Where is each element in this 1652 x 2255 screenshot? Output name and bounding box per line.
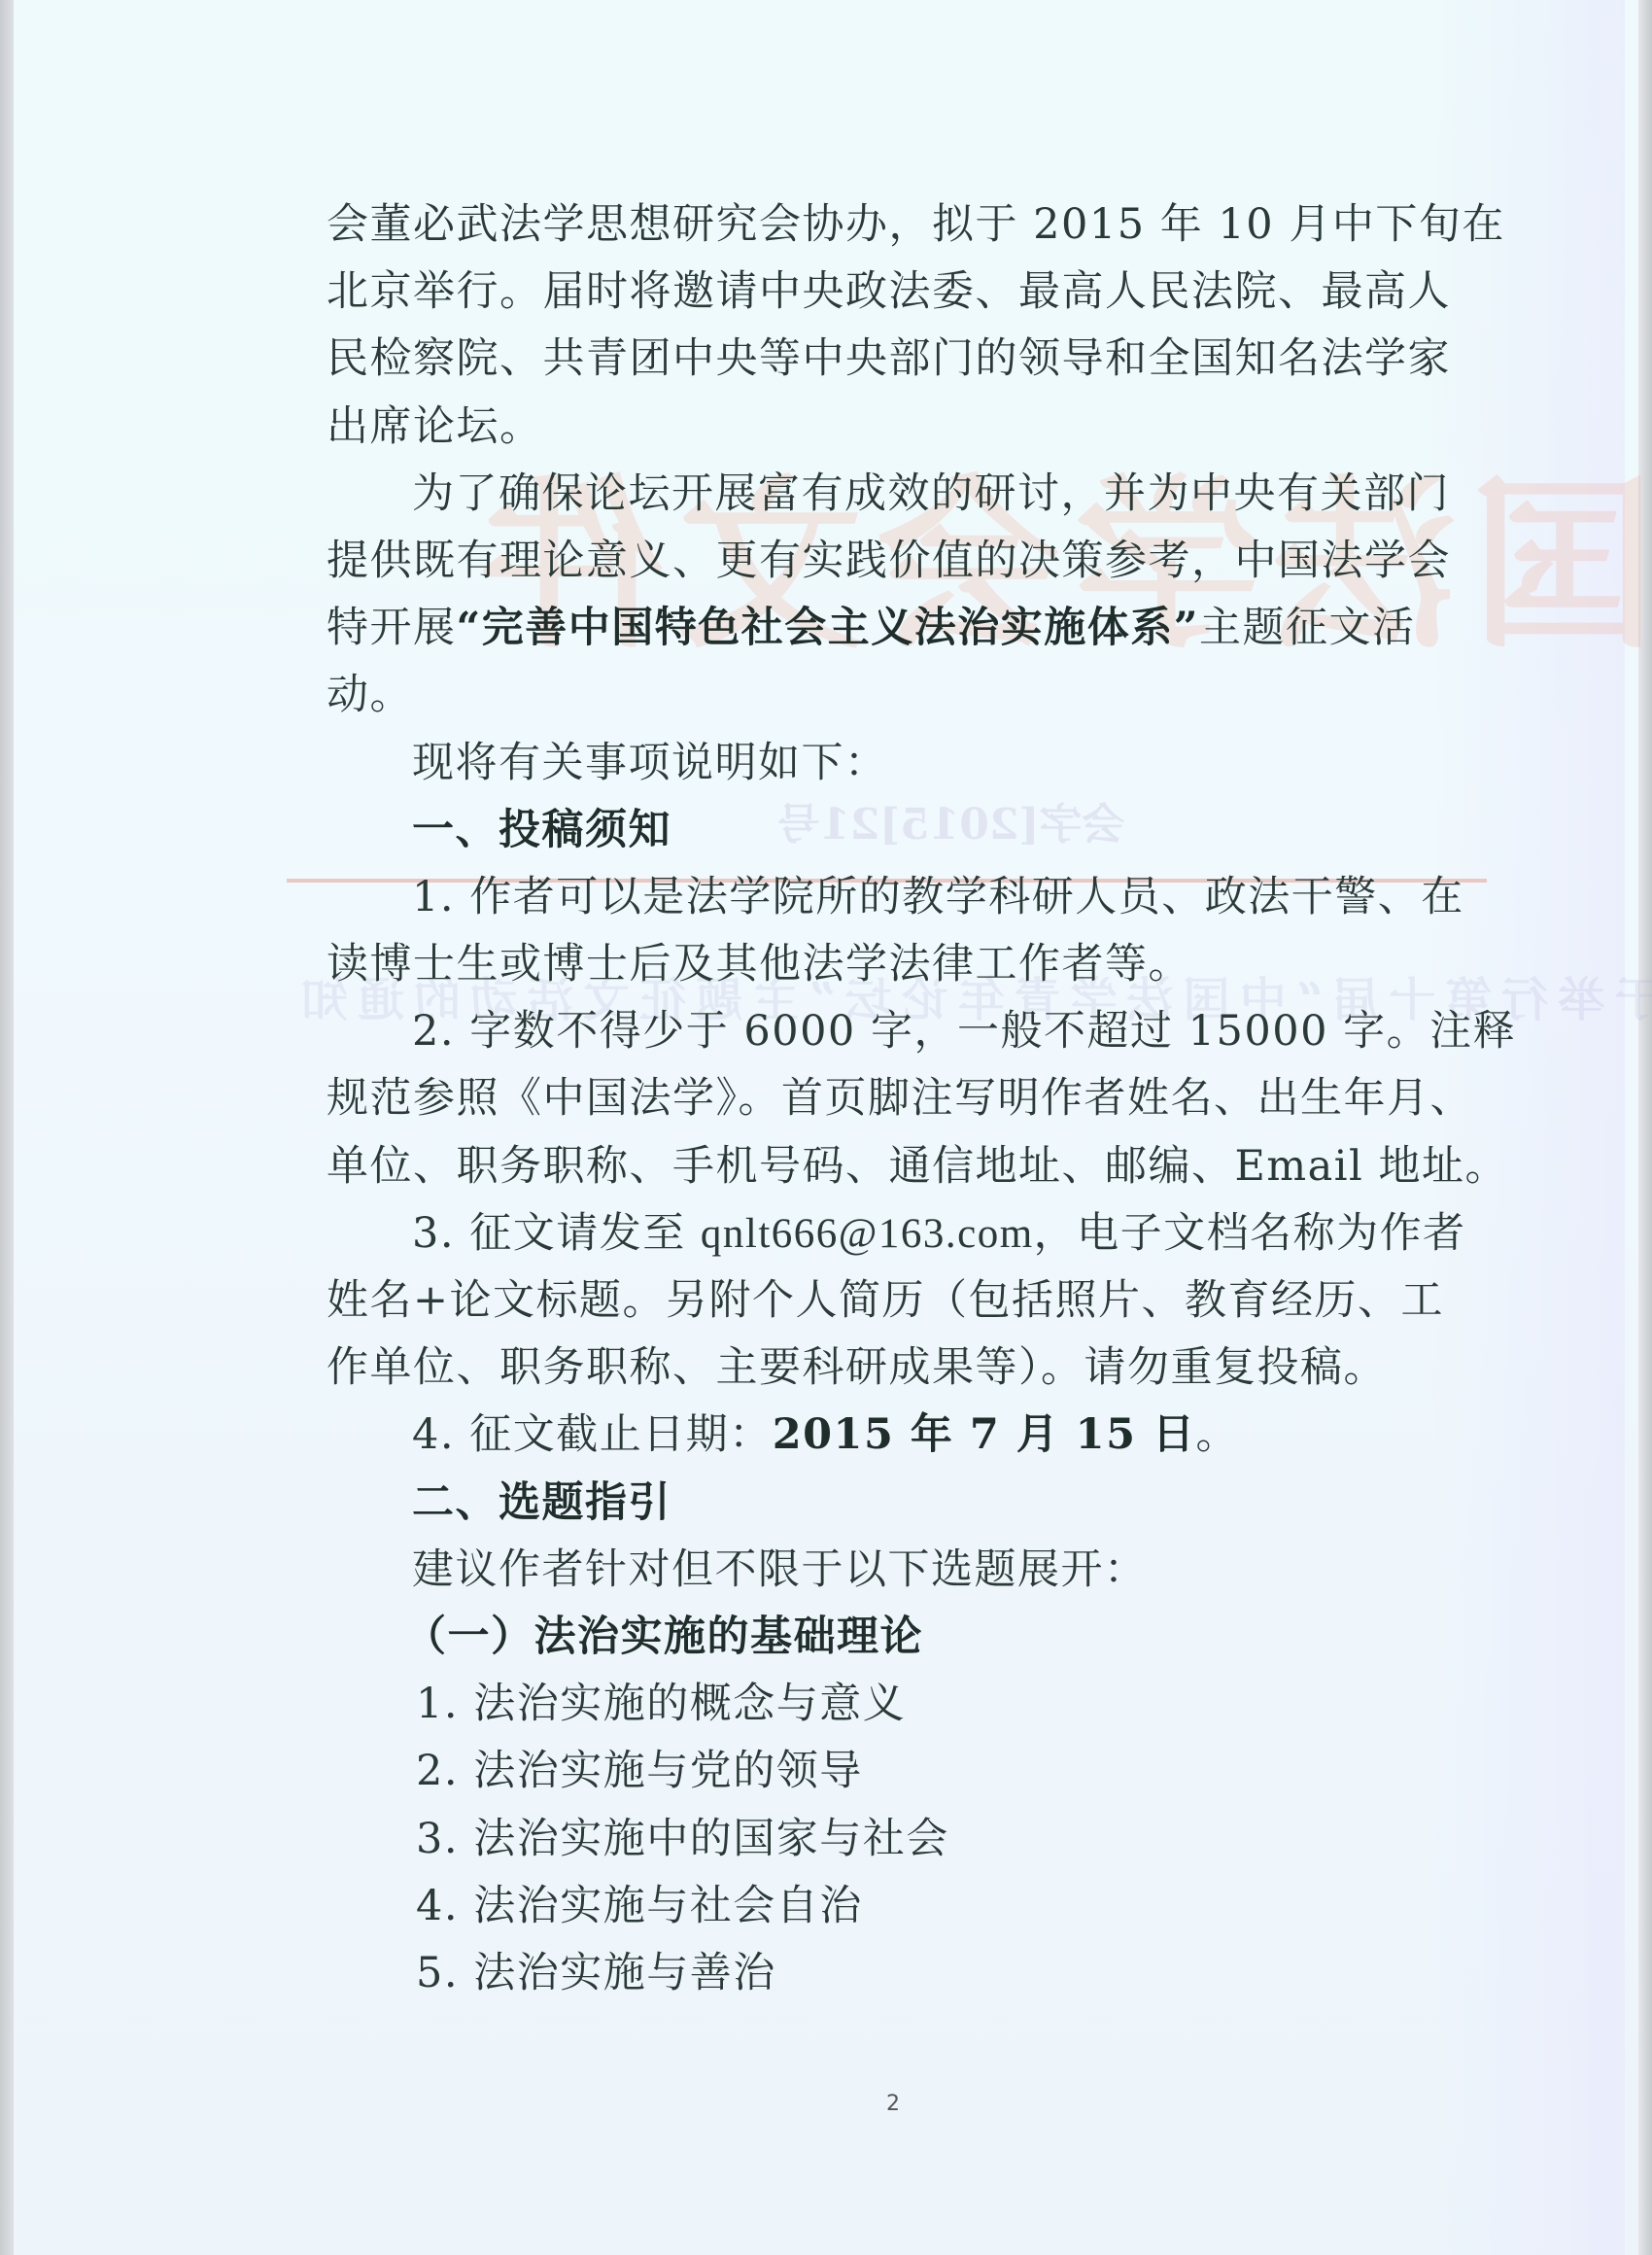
topic-item: 4. 法治实施与社会自治 bbox=[327, 1873, 1454, 1940]
paragraph-line: 特开展“完善中国特色社会主义法治实施体系”主题征文活 bbox=[327, 595, 1454, 662]
list-item-line: 单位、职务职称、手机号码、通信地址、邮编、Email 地址。 bbox=[327, 1133, 1454, 1200]
paragraph-line: 出席论坛。 bbox=[327, 394, 1454, 461]
scan-tint bbox=[1430, 0, 1625, 2255]
topic-item: 1. 法治实施的概念与意义 bbox=[327, 1671, 1454, 1738]
list-item-line: 读博士生或博士后及其他法学法律工作者等。 bbox=[327, 931, 1454, 998]
list-item-line: 1. 作者可以是法学院所的教学科研人员、政法干警、在 bbox=[327, 864, 1454, 931]
list-item-line: 2. 字数不得少于 6000 字，一般不超过 15000 字。注释 bbox=[327, 998, 1454, 1065]
topic-item: 2. 法治实施与党的领导 bbox=[327, 1738, 1454, 1805]
paragraph-line: 动。 bbox=[327, 662, 1454, 729]
topic-item: 3. 法治实施中的国家与社会 bbox=[327, 1806, 1454, 1873]
list-item-line: 规范参照《中国法学》。首页脚注写明作者姓名、出生年月、 bbox=[327, 1065, 1454, 1132]
subsection-heading: （一）法治实施的基础理论 bbox=[327, 1604, 1454, 1671]
paragraph-line: 建议作者针对但不限于以下选题展开： bbox=[327, 1537, 1454, 1604]
scan-edge-left bbox=[0, 0, 14, 2255]
section-heading-topics: 二、选题指引 bbox=[327, 1470, 1454, 1537]
submission-email: qnlt666@163.com bbox=[701, 1211, 1034, 1257]
paragraph-line: 提供既有理论意义、更有实践价值的决策参考，中国法学会 bbox=[327, 528, 1454, 595]
list-item-line: 作单位、职务职称、主要科研成果等）。请勿重复投稿。 bbox=[327, 1335, 1454, 1402]
topic-item: 5. 法治实施与善治 bbox=[327, 1940, 1454, 2007]
document-body: 会董必武法学思想研究会协办，拟于 2015 年 10 月中下旬在 北京举行。届时… bbox=[327, 191, 1454, 2007]
text-run: 3. 征文请发至 bbox=[412, 1209, 701, 1258]
paragraph-line: 北京举行。届时将邀请中央政法委、最高人民法院、最高人 bbox=[327, 259, 1454, 326]
paragraph-line: 为了确保论坛开展富有成效的研讨，并为中央有关部门 bbox=[327, 461, 1454, 528]
text-run: 。 bbox=[1196, 1410, 1240, 1459]
section-heading-submission: 一、投稿须知 bbox=[327, 797, 1454, 864]
list-item-line: 4. 征文截止日期：2015 年 7 月 15 日。 bbox=[327, 1402, 1454, 1469]
text-run: 特开展 bbox=[327, 604, 457, 652]
list-item-line: 3. 征文请发至 qnlt666@163.com，电子文档名称为作者 bbox=[327, 1200, 1454, 1267]
page-number: 2 bbox=[886, 2092, 900, 2116]
text-run: ，电子文档名称为作者 bbox=[1034, 1209, 1466, 1258]
text-run: 主题征文活 bbox=[1199, 604, 1416, 652]
paragraph-line: 会董必武法学思想研究会协办，拟于 2015 年 10 月中下旬在 bbox=[327, 191, 1454, 259]
paragraph-line: 民检察院、共青团中央等中央部门的领导和全国知名法学家 bbox=[327, 326, 1454, 393]
deadline-date: 2015 年 7 月 15 日 bbox=[773, 1410, 1196, 1459]
paragraph-line: 现将有关事项说明如下： bbox=[327, 730, 1454, 797]
forum-theme-bold: “完善中国特色社会主义法治实施体系” bbox=[457, 604, 1199, 652]
text-run: 4. 征文截止日期： bbox=[412, 1410, 773, 1459]
scan-edge-right bbox=[1638, 0, 1652, 2255]
list-item-line: 姓名+论文标题。另附个人简历（包括照片、教育经历、工 bbox=[327, 1267, 1454, 1335]
